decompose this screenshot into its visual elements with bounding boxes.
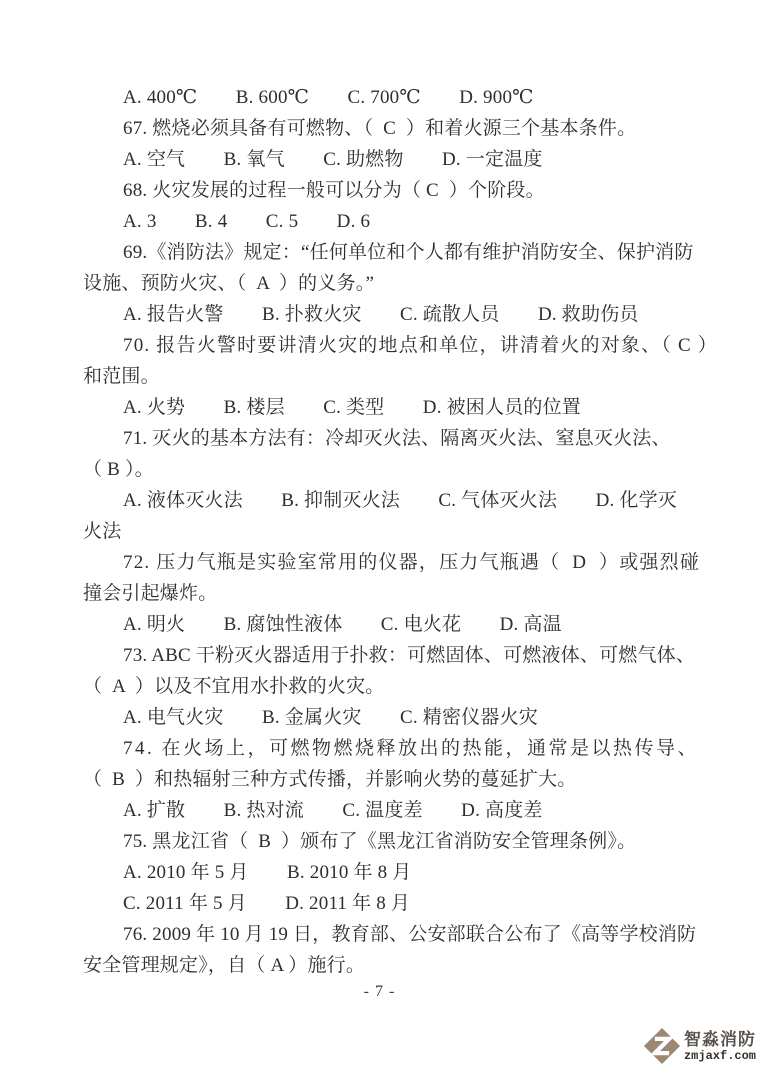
text-line: A. 报告火警 B. 扑救火灾 C. 疏散人员 D. 救助伤员 (83, 299, 743, 330)
text-line: A. 3 B. 4 C. 5 D. 6 (83, 206, 743, 237)
text-line: A. 400℃ B. 600℃ C. 700℃ D. 900℃ (83, 82, 743, 113)
question-list: A. 400℃ B. 600℃ C. 700℃ D. 900℃67. 燃烧必须具… (83, 82, 743, 981)
text-line: 撞会引起爆炸。 (83, 578, 743, 609)
text-line: A. 电气火灾 B. 金属火灾 C. 精密仪器火灾 (83, 702, 743, 733)
text-line: 设施、预防火灾、（ A ）的义务。” (83, 268, 743, 299)
text-line: A. 火势 B. 楼层 C. 类型 D. 被困人员的位置 (83, 392, 743, 423)
text-line: 70. 报告火警时要讲清火灾的地点和单位，讲清着火的对象、（ C ） (83, 330, 743, 361)
text-line: 67. 燃烧必须具备有可燃物、（ C ）和着火源三个基本条件。 (83, 113, 743, 144)
logo-brand-text: 智淼消防 (684, 1031, 756, 1048)
text-line: 安全管理规定》，自（ A ）施行。 (83, 950, 743, 981)
text-line: 69.《消防法》规定：“任何单位和个人都有维护消防安全、保护消防 (83, 237, 743, 268)
text-line: 75. 黑龙江省（ B ）颁布了《黑龙江省消防安全管理条例》。 (83, 826, 743, 857)
text-line: 和范围。 (83, 361, 743, 392)
document-page: A. 400℃ B. 600℃ C. 700℃ D. 900℃67. 燃烧必须具… (0, 0, 759, 1067)
text-line: （ A ）以及不宜用水扑救的火灾。 (83, 671, 743, 702)
text-line: A. 空气 B. 氧气 C. 助燃物 D. 一定温度 (83, 144, 743, 175)
text-line: 72. 压力气瓶是实验室常用的仪器，压力气瓶遇（ D ）或强烈碰 (83, 547, 743, 578)
text-line: C. 2011 年 5 月 D. 2011 年 8 月 (83, 888, 743, 919)
text-line: A. 扩散 B. 热对流 C. 温度差 D. 高度差 (83, 795, 743, 826)
text-line: 74. 在火场上，可燃物燃烧释放出的热能，通常是以热传导、 (83, 733, 743, 764)
diamond-z-icon (643, 1027, 681, 1065)
logo-domain-text: zmjaxf.com (684, 1050, 756, 1062)
text-line: A. 液体灭火法 B. 抑制灭火法 C. 气体灭火法 D. 化学灭 (83, 485, 743, 516)
logo-text-block: 智淼消防 zmjaxf.com (684, 1031, 756, 1062)
text-line: 68. 火灾发展的过程一般可以分为（ C ）个阶段。 (83, 175, 743, 206)
text-line: （ B ）。 (83, 454, 743, 485)
text-line: 73. ABC 干粉灭火器适用于扑救：可燃固体、可燃液体、可燃气体、 (83, 640, 743, 671)
text-line: 火法 (83, 516, 743, 547)
text-line: 71. 灭火的基本方法有：冷却灭火法、隔离灭火法、窒息灭火法、 (83, 423, 743, 454)
text-line: A. 明火 B. 腐蚀性液体 C. 电火花 D. 高温 (83, 609, 743, 640)
text-line: （ B ）和热辐射三种方式传播，并影响火势的蔓延扩大。 (83, 764, 743, 795)
site-logo: 智淼消防 zmjaxf.com (643, 1027, 756, 1065)
text-line: 76. 2009 年 10 月 19 日，教育部、公安部联合公布了《高等学校消防 (83, 919, 743, 950)
page-number: - 7 - (0, 983, 759, 1001)
text-line: A. 2010 年 5 月 B. 2010 年 8 月 (83, 857, 743, 888)
